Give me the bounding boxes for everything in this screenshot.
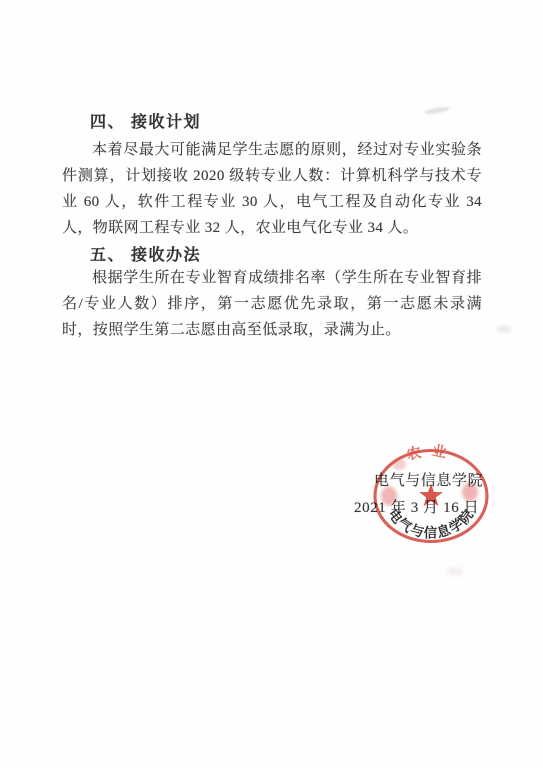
section-body-method: 根据学生所在专业智育成绩排名率（学生所在专业智育排名/专业人数）排序，第一志愿优… bbox=[62, 265, 482, 343]
section-body-plan: 本着尽最大可能满足学生志愿的原则，经过对专业实验条件测算，计划接收 2020 级… bbox=[62, 137, 482, 241]
official-seal: 农业 电气与信息学院 bbox=[363, 438, 499, 556]
seal-top-arc-text: 农业 bbox=[405, 441, 457, 463]
scan-artifact bbox=[447, 567, 463, 576]
seal-star-icon bbox=[419, 484, 443, 507]
seal-ink-smudge-right bbox=[462, 483, 478, 502]
scanned-document-page: 四、 接收计划 本着尽最大可能满足学生志愿的原则，经过对专业实验条件测算，计划接… bbox=[0, 0, 543, 768]
scan-artifact bbox=[424, 106, 450, 115]
seal-bottom-arc-text: 电气与信息学院 bbox=[385, 506, 476, 541]
section-heading-method: 五、 接收办法 bbox=[90, 242, 201, 265]
seal-ink-smudge-top-left bbox=[392, 458, 406, 470]
scan-artifact bbox=[497, 326, 511, 333]
seal-ink-smudge-left bbox=[381, 487, 397, 506]
section-heading-plan: 四、 接收计划 bbox=[90, 109, 201, 132]
